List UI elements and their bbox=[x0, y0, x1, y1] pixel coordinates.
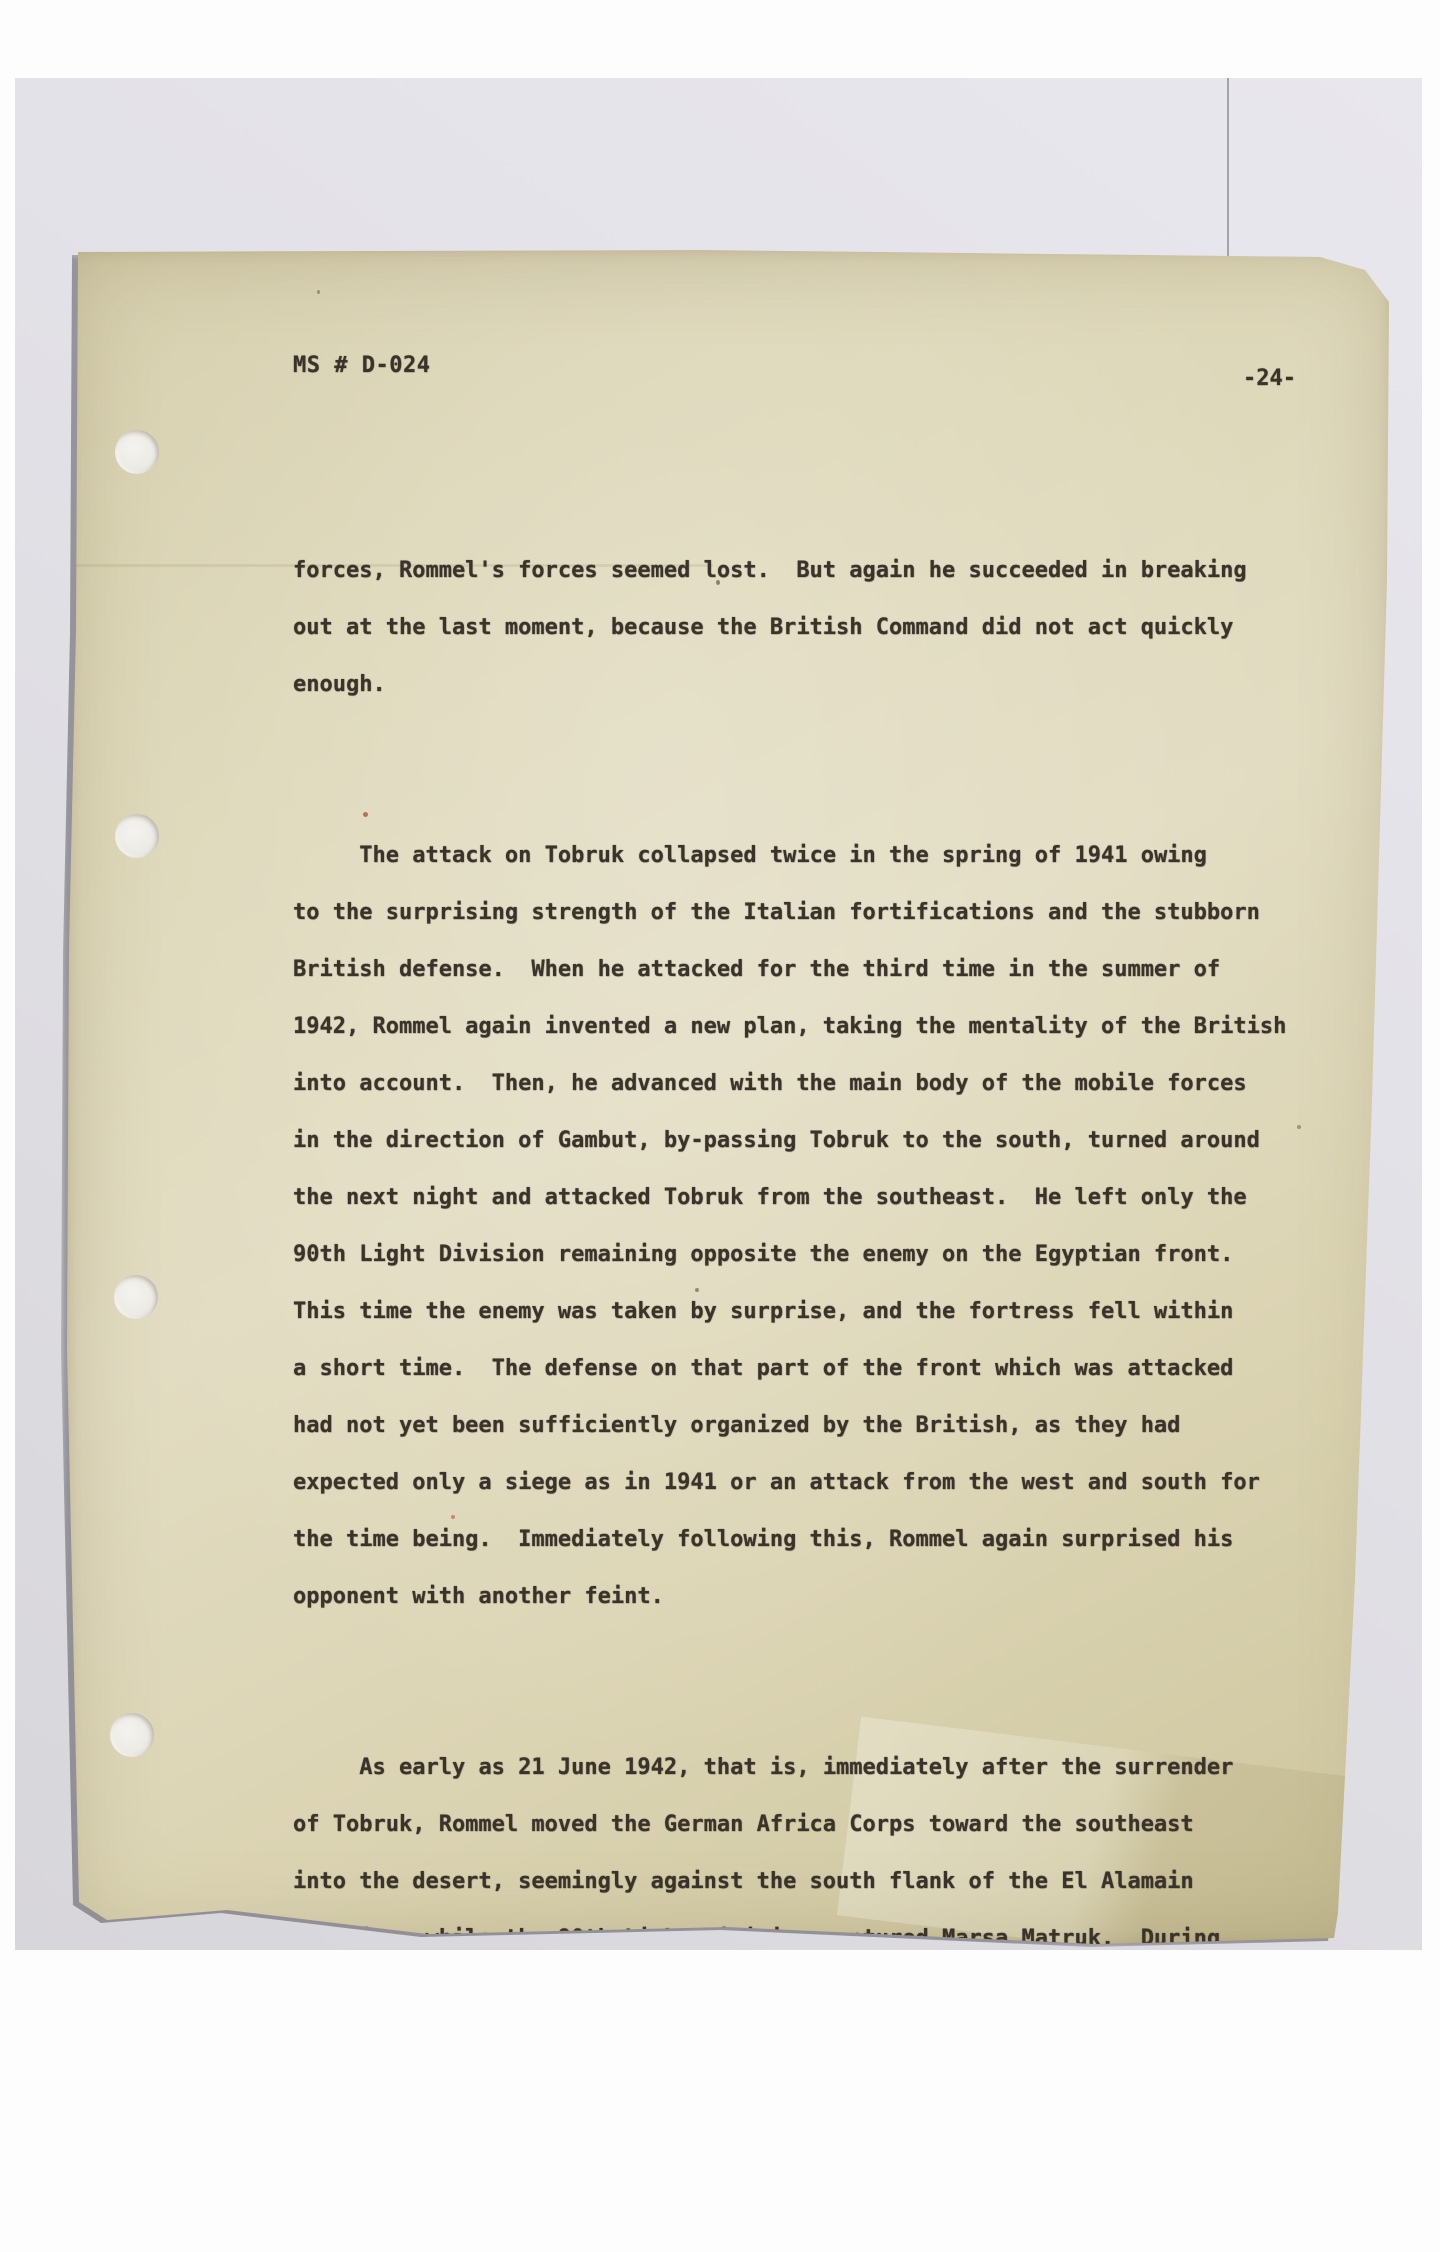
backdrop-seam-line bbox=[1227, 78, 1229, 260]
punch-hole-1 bbox=[115, 430, 159, 474]
paragraph-1: forces, Rommel's forces seemed lost. But… bbox=[293, 542, 1323, 713]
page-body: forces, Rommel's forces seemed lost. But… bbox=[293, 428, 1323, 2037]
punch-hole-4 bbox=[110, 1713, 154, 1757]
punch-hole-2 bbox=[115, 814, 159, 858]
scanned-document-image: MS # D-024 -24- forces, Rommel's forces … bbox=[0, 0, 1440, 2037]
document-page: MS # D-024 -24- forces, Rommel's forces … bbox=[67, 250, 1392, 1945]
paragraph-2: The attack on Tobruk collapsed twice in … bbox=[293, 827, 1323, 1625]
ink-speck bbox=[317, 290, 320, 294]
punch-hole-3 bbox=[114, 1275, 158, 1319]
paragraph-3: As early as 21 June 1942, that is, immed… bbox=[293, 1739, 1323, 2037]
manuscript-id: MS # D-024 bbox=[293, 353, 430, 378]
page-number: -24- bbox=[1243, 366, 1296, 391]
